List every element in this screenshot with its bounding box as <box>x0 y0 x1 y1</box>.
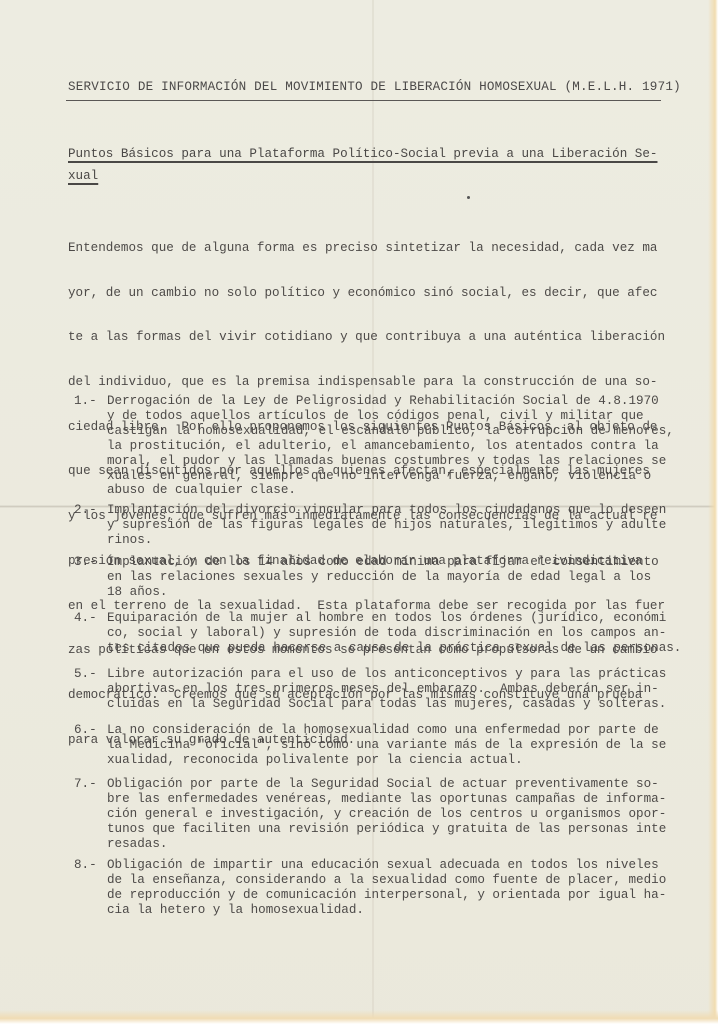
point-line: tes citados que pueda hacerse a causa de… <box>107 641 681 656</box>
document-header: SERVICIO DE INFORMACIÓN DEL MOVIMIENTO D… <box>68 80 660 94</box>
point-line: la prostitución, el adulterio, el amance… <box>107 439 674 454</box>
point-line: abortivas en los tres primeros meses del… <box>107 682 666 697</box>
paper-edge-right <box>708 0 718 1024</box>
point-line: cluidas en la Seguridad Social para toda… <box>107 697 666 712</box>
point-line: co, social y laboral) y supresión de tod… <box>107 626 681 641</box>
point-line: La no consideración de la homosexualidad… <box>107 723 666 738</box>
point-line: Libre autorización para el uso de los an… <box>107 667 666 682</box>
point-line: de reproducción y de comunicación interp… <box>107 888 666 903</box>
point-line: y supresión de las figuras legales de hi… <box>107 518 666 533</box>
point-line: ción general e investigación, y creación… <box>107 807 666 822</box>
point-line: Obligación por parte de la Seguridad Soc… <box>107 777 666 792</box>
point-line: de la enseñanza, considerando a la sexua… <box>107 873 666 888</box>
point-line: xualidad, reconocida polivalente por la … <box>107 753 666 768</box>
point-line: xuales en general, siempre que no interv… <box>107 469 674 484</box>
point-line: la Medicina "oficial", sinó como una var… <box>107 738 666 753</box>
point-text: Obligación de impartir una educación sex… <box>107 858 666 918</box>
point-text: Derrogación de la Ley de Peligrosidad y … <box>107 394 674 498</box>
point-line: Implantación de los 14 años como edad mí… <box>107 555 659 570</box>
point-text: Obligación por parte de la Seguridad Soc… <box>107 777 666 852</box>
point-number: 2.- <box>74 503 97 518</box>
intro-line: Entendemos que de alguna forma es precis… <box>68 241 678 256</box>
subtitle-line-1: Puntos Básicos para una Plataforma Polít… <box>68 147 657 161</box>
header-rule <box>66 100 661 102</box>
intro-line: te a las formas del vivir cotidiano y qu… <box>68 330 678 345</box>
point-line: Implantación del divorcio vincular para … <box>107 503 666 518</box>
point-number: 7.- <box>74 777 97 792</box>
point-number: 1.- <box>74 394 97 409</box>
ink-speck <box>467 196 470 199</box>
point-line: Obligación de impartir una educación sex… <box>107 858 666 873</box>
point-line: castigan la homosexualidad, el escándalo… <box>107 424 674 439</box>
point-number: 8.- <box>74 858 97 873</box>
point-line: Equiparación de la mujer al hombre en to… <box>107 611 681 626</box>
point-line: 18 años. <box>107 585 659 600</box>
point-text: Equiparación de la mujer al hombre en to… <box>107 611 681 656</box>
point-text: La no consideración de la homosexualidad… <box>107 723 666 768</box>
point-number: 6.- <box>74 723 97 738</box>
point-line: cia la hetero y la homosexualidad. <box>107 903 666 918</box>
point-line: en las relaciones sexuales y reducción d… <box>107 570 659 585</box>
point-line: moral, el pudor y las llamadas buenas co… <box>107 454 674 469</box>
document-subtitle: Puntos Básicos para una Plataforma Polít… <box>68 143 668 187</box>
paper-edge-bottom <box>0 1010 718 1024</box>
point-line: Derrogación de la Ley de Peligrosidad y … <box>107 394 674 409</box>
point-number: 5.- <box>74 667 97 682</box>
point-line: rinos. <box>107 533 666 548</box>
intro-line: del individuo, que es la premisa indispe… <box>68 375 678 390</box>
intro-line: yor, de un cambio no solo político y eco… <box>68 286 678 301</box>
point-text: Implantación del divorcio vincular para … <box>107 503 666 548</box>
point-line: abuso de cualquier clase. <box>107 483 674 498</box>
point-line: y de todos aquellos artículos de los cód… <box>107 409 674 424</box>
subtitle-line-2: xual <box>68 169 98 183</box>
point-line: tunos que faciliten una revisión periódi… <box>107 822 666 837</box>
point-number: 3.- <box>74 555 97 570</box>
point-text: Libre autorización para el uso de los an… <box>107 667 666 712</box>
point-line: bre las enfermedades venéreas, mediante … <box>107 792 666 807</box>
point-number: 4.- <box>74 611 97 626</box>
point-text: Implantación de los 14 años como edad mí… <box>107 555 659 600</box>
point-line: resadas. <box>107 837 666 852</box>
